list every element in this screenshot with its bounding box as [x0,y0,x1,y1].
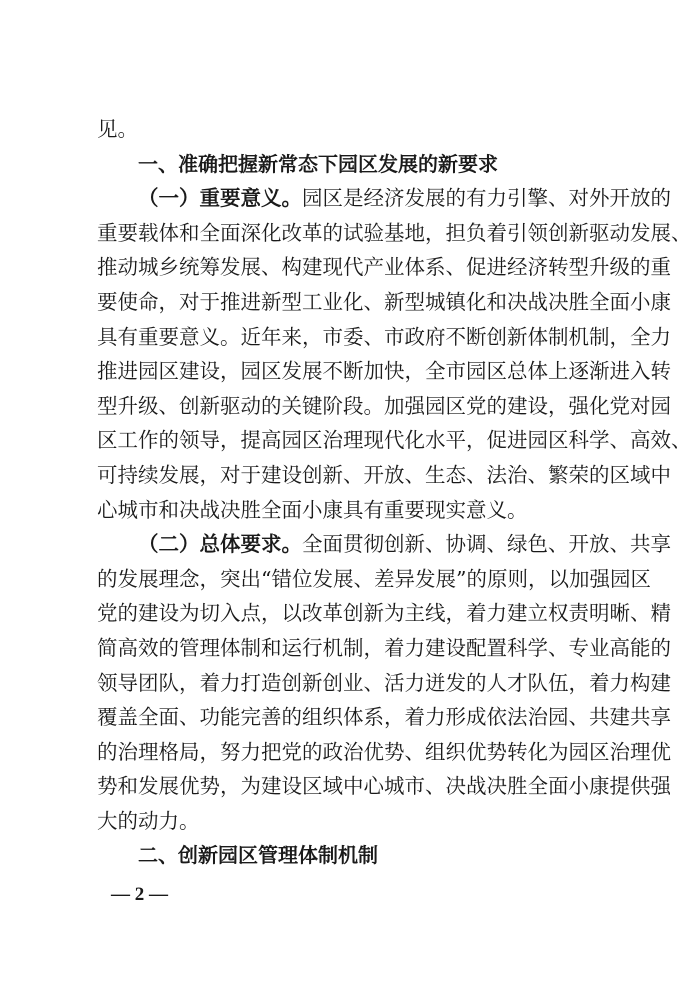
paragraph-line: 心城市和决战决胜全面小康具有重要现实意义。 [97,493,611,528]
document-page: 见。 一、准确把握新常态下园区发展的新要求 （一）重要意义。园区是经济发展的有力… [0,0,700,990]
paragraph-line: 的发展理念，突出“错位发展、差异发展”的原则，以加强园区 [97,562,611,597]
paragraph-line: 推进园区建设，园区发展不断加快，全市园区总体上逐渐进入转 [97,354,611,389]
paragraph-line: 可持续发展，对于建设创新、开放、生态、法治、繁荣的区域中 [97,458,611,493]
paragraph-line: 简高效的管理体制和运行机制，着力建设配置科学、专业高能的 [97,631,611,666]
paragraph-line: 势和发展优势，为建设区域中心城市、决战决胜全面小康提供强 [97,769,611,804]
section-heading-1: 一、准确把握新常态下园区发展的新要求 [97,147,611,182]
paragraph-line: 领导团队，着力打造创新创业、活力迸发的人才队伍，着力构建 [97,666,611,701]
page-number: — 2 — [111,884,168,906]
paragraph-text: 全面贯彻创新、协调、绿色、开放、共享 [302,532,671,556]
paragraph-line: 大的动力。 [97,804,611,839]
paragraph-text: 园区是经济发展的有力引擎、对外开放的 [302,186,671,210]
paragraph-line: 党的建设为切入点，以改革创新为主线，着力建立权责明晰、精 [97,596,611,631]
paragraph-line: 的治理格局，努力把党的政治优势、组织优势转化为园区治理优 [97,735,611,770]
paragraph-line: （二）总体要求。全面贯彻创新、协调、绿色、开放、共享 [97,527,611,562]
document-body: 见。 一、准确把握新常态下园区发展的新要求 （一）重要意义。园区是经济发展的有力… [97,112,611,873]
paragraph-line: 重要载体和全面深化改革的试验基地，担负着引领创新驱动发展、 [97,216,611,251]
paragraph-subtitle: （二）总体要求。 [138,532,302,556]
paragraph-line: 推动城乡统筹发展、构建现代产业体系、促进经济转型升级的重 [97,250,611,285]
section-heading-2: 二、创新园区管理体制机制 [97,838,611,873]
paragraph-line: 区工作的领导，提高园区治理现代化水平，促进园区科学、高效、 [97,423,611,458]
paragraph-line: 具有重要意义。近年来，市委、市政府不断创新体制机制，全力 [97,320,611,355]
paragraph-line: 型升级、创新驱动的关键阶段。加强园区党的建设，强化党对园 [97,389,611,424]
continuation-line: 见。 [97,112,611,147]
paragraph-line: （一）重要意义。园区是经济发展的有力引擎、对外开放的 [97,181,611,216]
paragraph-subtitle: （一）重要意义。 [138,186,302,210]
paragraph-line: 要使命，对于推进新型工业化、新型城镇化和决战决胜全面小康 [97,285,611,320]
paragraph-line: 覆盖全面、功能完善的组织体系，着力形成依法治园、共建共享 [97,700,611,735]
